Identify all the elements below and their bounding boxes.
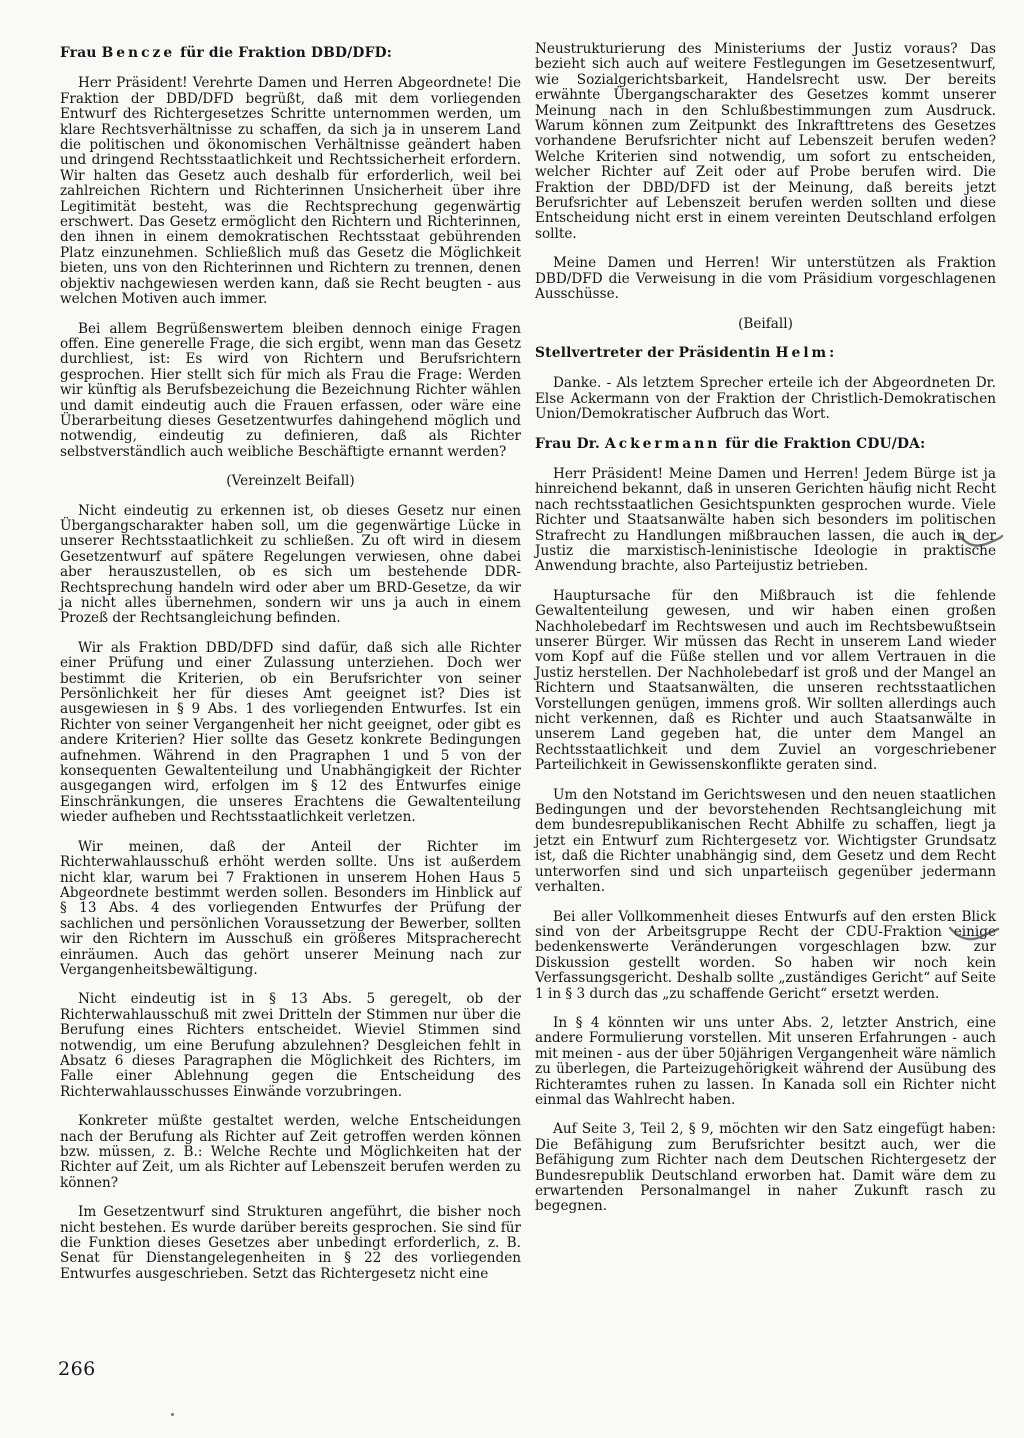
speaker-heading-bencze: Frau Bencze für die Fraktion DBD/DFD:: [60, 46, 521, 61]
speaker-heading-suffix: für die Fraktion DBD/DFD:: [175, 45, 392, 61]
paragraph: Wir meinen, daß der Anteil der Richter i…: [60, 840, 521, 979]
paragraph: Wir als Fraktion DBD/DFD sind dafür, daß…: [60, 641, 521, 826]
stage-direction-applause: (Vereinzelt Beifall): [60, 474, 521, 489]
paragraph: Bei allem Begrüßenswertem bleiben dennoc…: [60, 322, 521, 461]
paragraph: Konkreter müßte gestaltet werden, welche…: [60, 1114, 521, 1191]
speaker-heading-suffix: für die Fraktion CDU/DA:: [720, 436, 925, 452]
two-column-text: Frau Bencze für die Fraktion DBD/DFD: He…: [60, 42, 996, 1296]
paragraph: In § 4 könnten wir uns unter Abs. 2, let…: [535, 1016, 996, 1108]
speaker-heading-suffix: :: [829, 345, 834, 361]
speaker-heading-prefix: Frau Dr.: [535, 436, 605, 452]
paragraph: Danke. - Als letztem Sprecher erteile ic…: [535, 376, 996, 422]
pen-mark-icon: [948, 922, 1000, 948]
paragraph: Hauptursache für den Mißbrauch ist die f…: [535, 589, 996, 774]
paragraph: Auf Seite 3, Teil 2, § 9, möchten wir de…: [535, 1122, 996, 1214]
speaker-name: Ackermann: [605, 436, 720, 452]
left-column: Frau Bencze für die Fraktion DBD/DFD: He…: [60, 42, 521, 1296]
stage-direction-applause: (Beifall): [535, 317, 996, 332]
page-number: 266: [58, 1358, 96, 1380]
paragraph: Bei aller Vollkommenheit dieses Entwurfs…: [535, 910, 996, 1002]
paragraph: Herr Präsident! Meine Damen und Herren! …: [535, 467, 996, 575]
paragraph: Nicht eindeutig zu erkennen ist, ob dies…: [60, 504, 521, 627]
paragraph: Um den Notstand im Gerichtswesen und den…: [535, 788, 996, 896]
paragraph-continuation: Neustrukturierung des Ministeriums der J…: [535, 42, 996, 242]
paragraph: Meine Damen und Herren! Wir unterstützen…: [535, 256, 996, 302]
paragraph: Herr Präsident! Verehrte Damen und Herre…: [60, 76, 521, 307]
ink-speck: [171, 1413, 174, 1416]
paragraph: Im Gesetzentwurf sind Strukturen angefüh…: [60, 1205, 521, 1282]
speaker-name: Bencze: [102, 45, 175, 61]
speaker-heading-helm: Stellvertreter der Präsidentin Helm:: [535, 346, 996, 361]
paragraph: Nicht eindeutig ist in § 13 Abs. 5 gereg…: [60, 992, 521, 1100]
speaker-heading-ackermann: Frau Dr. Ackermann für die Fraktion CDU/…: [535, 437, 996, 452]
pen-mark-icon: [956, 528, 1004, 554]
scanned-document-page: Frau Bencze für die Fraktion DBD/DFD: He…: [0, 0, 1024, 1438]
speaker-name: Helm: [776, 345, 830, 361]
speaker-heading-prefix: Stellvertreter der Präsidentin: [535, 345, 776, 361]
speaker-heading-prefix: Frau: [60, 45, 102, 61]
right-column: Neustrukturierung des Ministeriums der J…: [535, 42, 996, 1296]
